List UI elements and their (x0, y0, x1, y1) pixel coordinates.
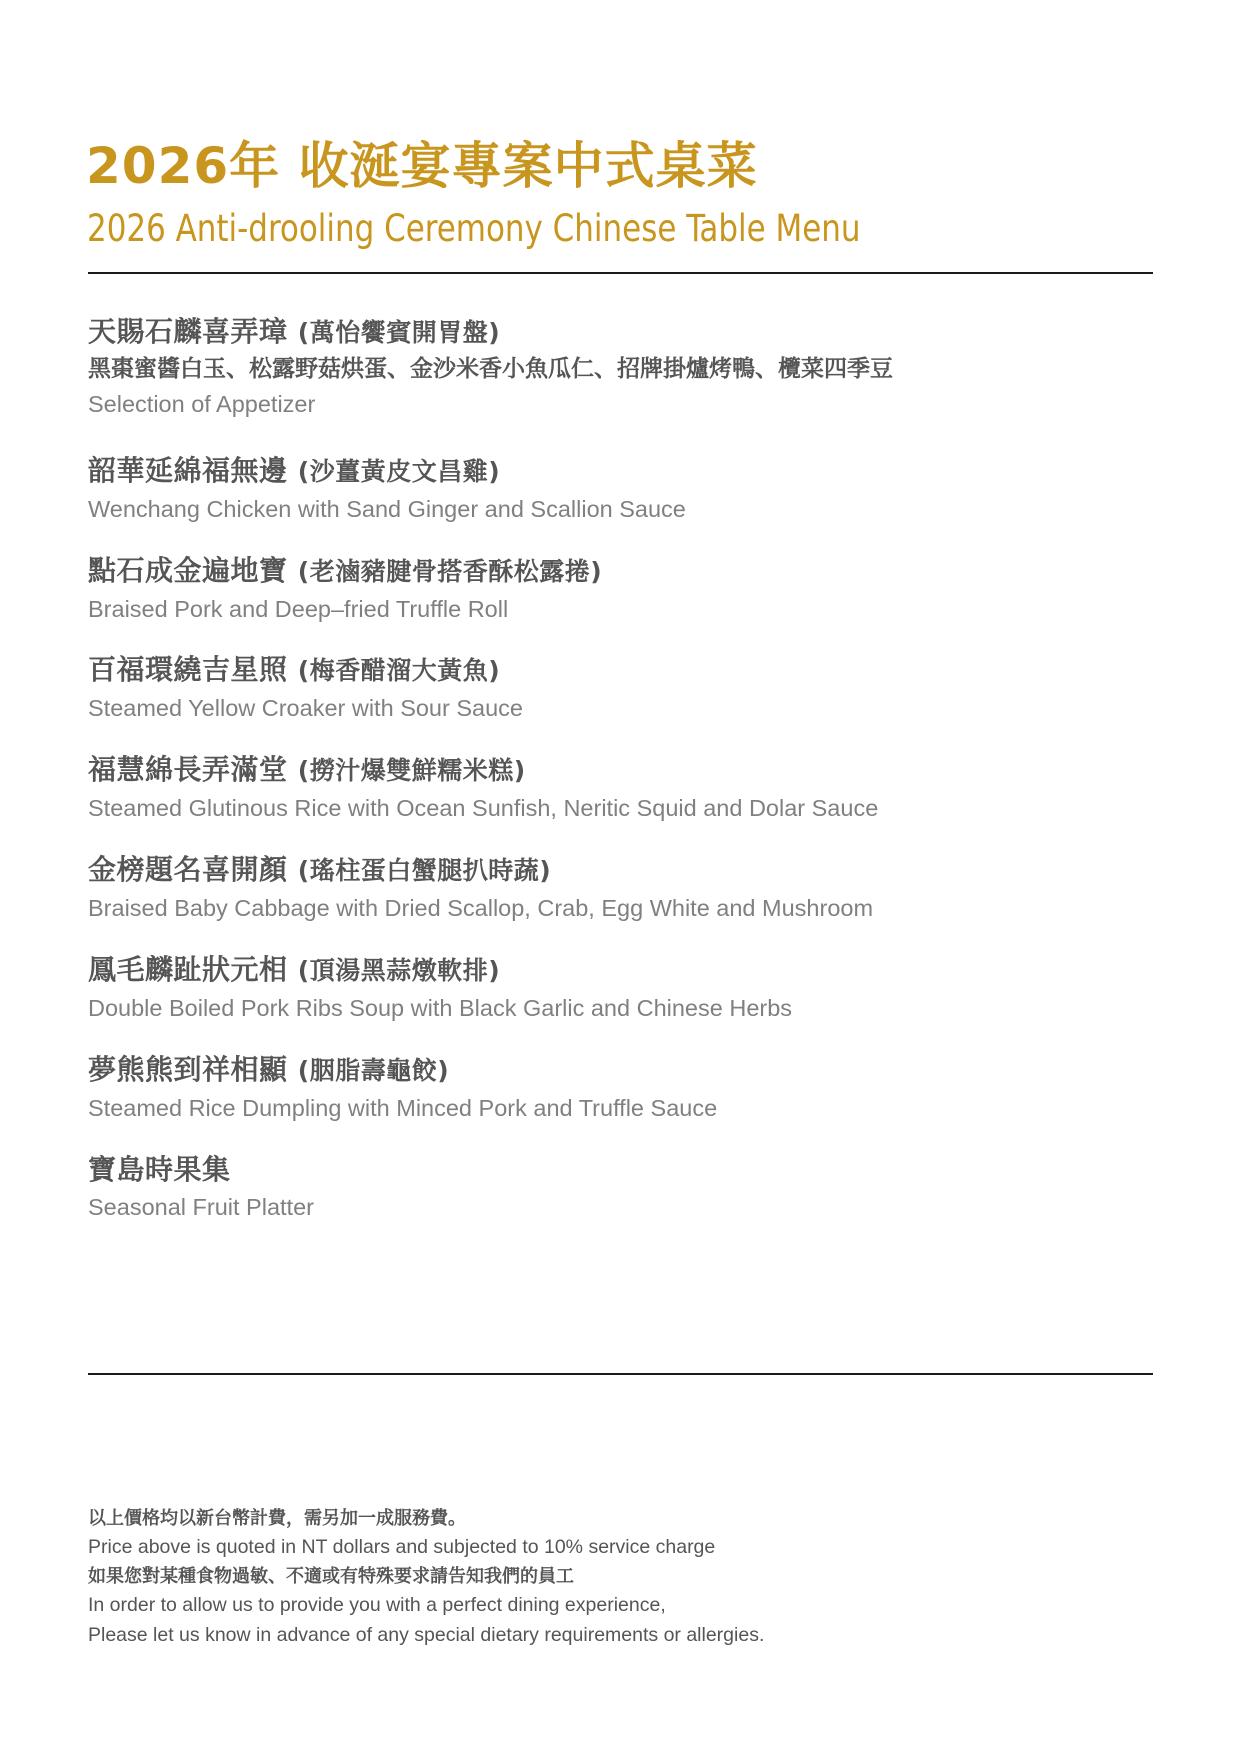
dish-name-en: Steamed Rice Dumpling with Minced Pork a… (88, 1092, 717, 1124)
dish-name-zh: 天賜石麟喜弄璋 (萬怡饗賓開胃盤) (88, 313, 893, 352)
menu-item: 寶島時果集 Seasonal Fruit Platter (88, 1151, 314, 1223)
page-title-zh: 2026年 收涎宴專案中式桌菜 (86, 136, 758, 196)
dish-title: 韶華延綿福無邊 (88, 454, 288, 487)
menu-item: 韶華延綿福無邊 (沙薑黃皮文昌雞) Wenchang Chicken with … (88, 452, 686, 525)
dish-subtitle: (胭脂壽龜餃) (298, 1056, 449, 1085)
menu-item: 天賜石麟喜弄璋 (萬怡饗賓開胃盤) 黑棗蜜醬白玉、松露野菇烘蛋、金沙米香小魚瓜仁… (88, 313, 893, 420)
dish-title: 夢熊熊到祥相顯 (88, 1053, 288, 1086)
dish-subtitle: (撈汁爆雙鮮糯米糕) (298, 756, 526, 785)
menu-item: 夢熊熊到祥相顯 (胭脂壽龜餃) Steamed Rice Dumpling wi… (88, 1051, 717, 1124)
dish-subtitle: (頂湯黑蒜燉軟排) (298, 956, 500, 985)
price-note-zh: 以上價格均以新台幣計費，需另加一成服務費。 (88, 1506, 764, 1532)
dish-name-zh: 韶華延綿福無邊 (沙薑黃皮文昌雞) (88, 452, 686, 491)
menu-item: 百福環繞吉星照 (梅香醋溜大黃魚) Steamed Yellow Croaker… (88, 651, 523, 724)
menu-item: 鳳毛麟趾狀元相 (頂湯黑蒜燉軟排) Double Boiled Pork Rib… (88, 951, 792, 1024)
dish-name-zh: 寶島時果集 (88, 1151, 314, 1189)
dish-title: 鳳毛麟趾狀元相 (88, 953, 288, 986)
allergy-note-zh: 如果您對某種食物過敏、不適或有特殊要求請告知我們的員工 (88, 1564, 764, 1590)
allergy-note-en-2: Please let us know in advance of any spe… (88, 1620, 764, 1650)
dish-title: 天賜石麟喜弄璋 (88, 315, 288, 348)
dish-subtitle: (萬怡饗賓開胃盤) (298, 318, 500, 347)
dish-title: 寶島時果集 (88, 1153, 231, 1186)
dish-title: 金榜題名喜開顏 (88, 853, 288, 886)
dish-title: 百福環繞吉星照 (88, 653, 288, 686)
dish-title: 點石成金遍地寶 (88, 554, 288, 587)
page-title-en: 2026 Anti-drooling Ceremony Chinese Tabl… (87, 206, 861, 252)
dish-name-en: Braised Pork and Deep–fried Truffle Roll (88, 593, 602, 625)
dish-name-en: Braised Baby Cabbage with Dried Scallop,… (88, 892, 873, 924)
footer-divider (88, 1373, 1153, 1375)
menu-item: 福慧綿長弄滿堂 (撈汁爆雙鮮糯米糕) Steamed Glutinous Ric… (88, 751, 878, 824)
dish-name-en: Double Boiled Pork Ribs Soup with Black … (88, 992, 792, 1024)
allergy-note-en-1: In order to allow us to provide you with… (88, 1590, 764, 1620)
dish-name-zh: 百福環繞吉星照 (梅香醋溜大黃魚) (88, 651, 523, 690)
dish-name-en: Wenchang Chicken with Sand Ginger and Sc… (88, 493, 686, 525)
dish-name-zh: 點石成金遍地寶 (老滷豬腱骨搭香酥松露捲) (88, 552, 602, 591)
dish-name-zh: 夢熊熊到祥相顯 (胭脂壽龜餃) (88, 1051, 717, 1090)
dish-name-en: Steamed Yellow Croaker with Sour Sauce (88, 692, 523, 724)
menu-page: 2026年 收涎宴專案中式桌菜 2026 Anti-drooling Cerem… (0, 0, 1241, 1754)
header-divider (88, 272, 1153, 274)
dish-name-zh: 金榜題名喜開顏 (瑤柱蛋白蟹腿扒時蔬) (88, 851, 873, 890)
dish-name-zh: 鳳毛麟趾狀元相 (頂湯黑蒜燉軟排) (88, 951, 792, 990)
price-note-en: Price above is quoted in NT dollars and … (88, 1532, 764, 1562)
dish-subtitle: (瑤柱蛋白蟹腿扒時蔬) (298, 856, 551, 885)
dish-name-en: Seasonal Fruit Platter (88, 1191, 314, 1223)
dish-name-zh: 福慧綿長弄滿堂 (撈汁爆雙鮮糯米糕) (88, 751, 878, 790)
dish-subtitle: (沙薑黃皮文昌雞) (298, 457, 500, 486)
dish-subtitle: (老滷豬腱骨搭香酥松露捲) (298, 557, 602, 586)
dish-title: 福慧綿長弄滿堂 (88, 753, 288, 786)
menu-item: 金榜題名喜開顏 (瑤柱蛋白蟹腿扒時蔬) Braised Baby Cabbage… (88, 851, 873, 924)
menu-item: 點石成金遍地寶 (老滷豬腱骨搭香酥松露捲) Braised Pork and D… (88, 552, 602, 625)
dish-subtitle: (梅香醋溜大黃魚) (298, 656, 500, 685)
dish-detail-zh: 黑棗蜜醬白玉、松露野菇烘蛋、金沙米香小魚瓜仁、招牌掛爐烤鴨、欖菜四季豆 (88, 352, 893, 386)
dish-name-en: Steamed Glutinous Rice with Ocean Sunfis… (88, 792, 878, 824)
dish-name-en: Selection of Appetizer (88, 388, 893, 420)
footer-notes: 以上價格均以新台幣計費，需另加一成服務費。 Price above is quo… (88, 1506, 764, 1650)
